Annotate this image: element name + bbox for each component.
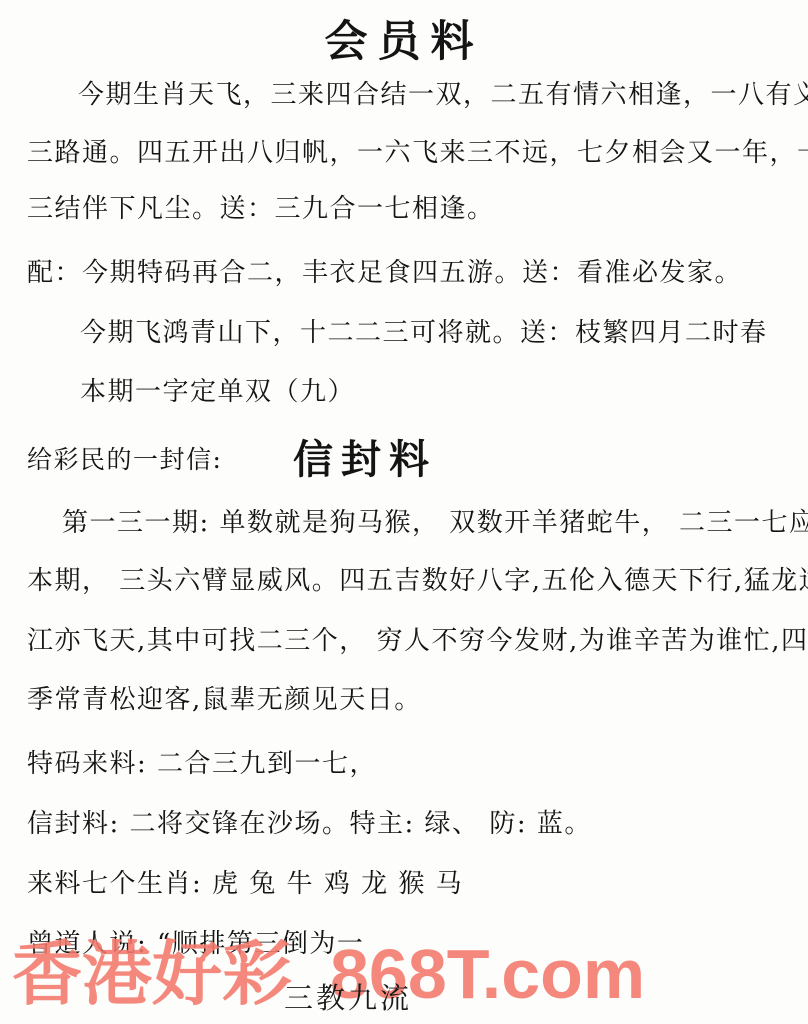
scanned-document-page: 会员料 今期生肖天飞，三来四合结一双，二五有情六相逢，一八有义 三路通。四五开出…	[0, 0, 808, 1024]
envelope-paragraph-line-1: 第一三一期: 单数就是狗马猴， 双数开羊猪蛇牛， 二三一七应	[62, 502, 808, 539]
feihong-line: 今期飞鸿青山下，十二二三可将就。送：枝繁四月二时春	[80, 312, 768, 349]
envelope-paragraph-line-3: 江亦飞天,其中可找二三个， 穷人不穷今发财,为谁辛苦为谁忙,四	[27, 620, 808, 657]
danshuang-line: 本期一字定单双（九）	[80, 371, 355, 408]
member-paragraph-line-2: 三路通。四五开出八归帆，一六飞来三不远，七夕相会又一年，一	[27, 132, 808, 169]
envelope-paragraph-line-2: 本期， 三头六臂显威风。四五吉数好八字,五伦入德天下行,猛龙过	[27, 560, 808, 597]
zodiac-line: 来料七个生肖: 虎 兔 牛 鸡 龙 猴 马	[27, 863, 463, 900]
envelope-paragraph-line-4: 季常青松迎客,鼠辈无颜见天日。	[27, 679, 422, 716]
member-paragraph-line-3: 三结伴下凡尘。送：三九合一七相逢。	[27, 188, 495, 225]
envelope-intro-label: 给彩民的一封信:	[27, 440, 222, 476]
xinfeng-line: 信封料: 二将交锋在沙场。特主: 绿、 防: 蓝。	[27, 803, 592, 840]
member-paragraph-line-1: 今期生肖天飞，三来四合结一双，二五有情六相逢，一八有义	[78, 74, 808, 111]
footer-overlay-text: 三教九流	[284, 976, 412, 1017]
envelope-section-title: 信封料	[293, 428, 437, 485]
member-section-title: 会员料	[0, 8, 808, 69]
pei-line: 配：今期特码再合二，丰衣足食四五游。送：看准必发家。	[27, 252, 742, 289]
tema-line: 特码来料: 二合三九到一七，	[27, 743, 377, 780]
watermark-chinese-text: 香港好彩	[12, 936, 292, 1013]
